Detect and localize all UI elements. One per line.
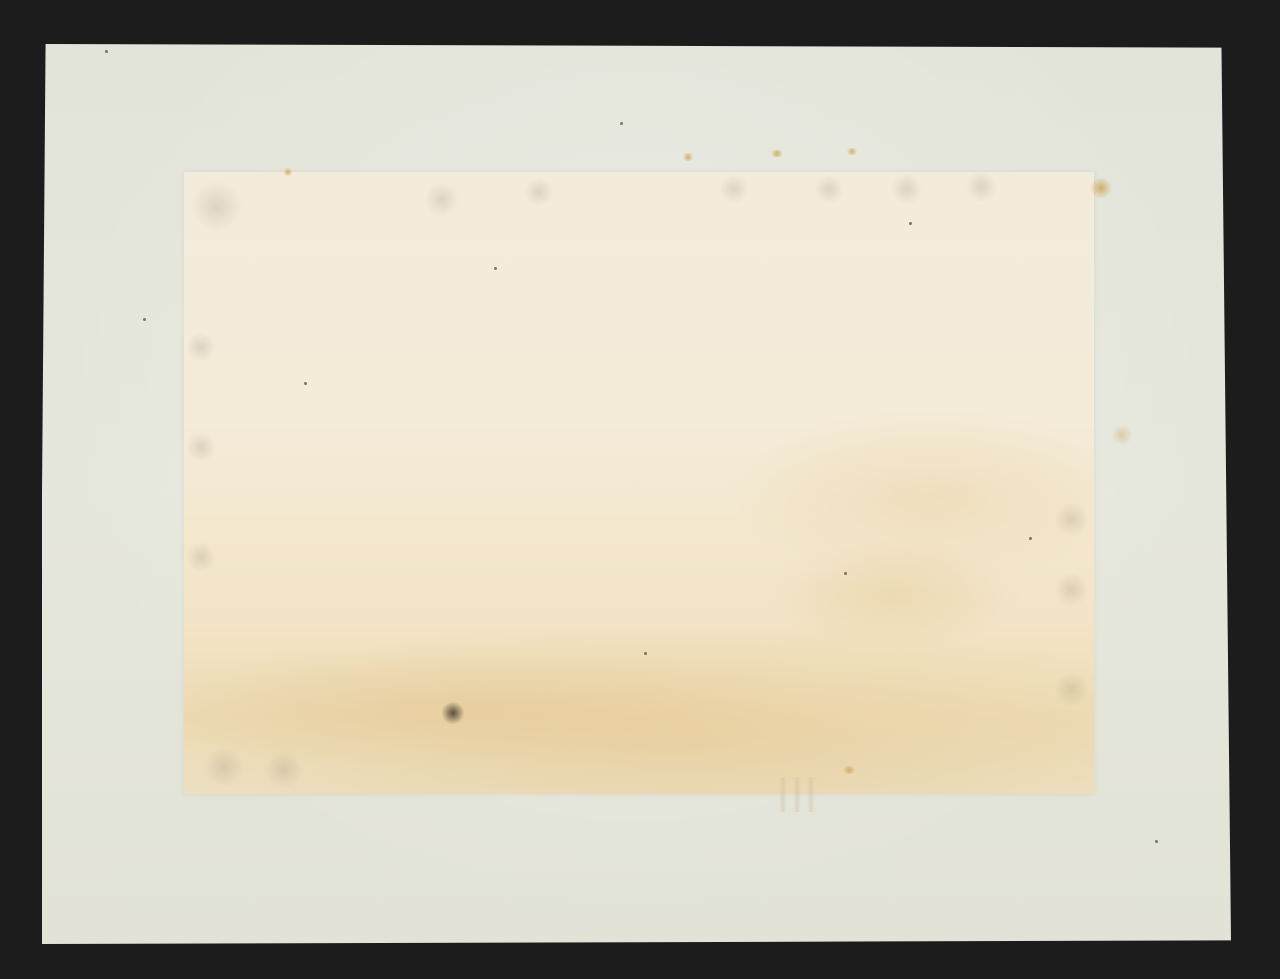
foxing-spot (1090, 178, 1112, 198)
adhesive-stain (186, 542, 216, 572)
speck (494, 267, 497, 270)
speck (304, 382, 307, 385)
speck (644, 652, 647, 655)
speck (844, 572, 847, 575)
adhesive-stain (719, 174, 749, 204)
adhesive-stain (889, 174, 924, 204)
adhesive-stain (524, 177, 554, 207)
adhesive-stain (1054, 572, 1089, 607)
faint-figures (779, 777, 829, 812)
dark-smudge (439, 702, 467, 724)
adhesive-stain (186, 332, 216, 362)
adhesive-stain (814, 174, 844, 204)
scan-background (0, 0, 1280, 979)
speck (1029, 537, 1032, 540)
adhesive-stain (424, 182, 459, 217)
adhesive-stain (186, 432, 216, 462)
adhesive-stain (204, 747, 244, 787)
foxing-spot (770, 150, 784, 157)
foxing-spot (842, 766, 856, 774)
adhesive-stain (189, 182, 244, 232)
foxing-spot (846, 148, 858, 155)
foxing-spot (283, 168, 293, 176)
speck (143, 318, 146, 321)
speck (105, 50, 108, 53)
foxing-spot (1112, 425, 1132, 445)
speck (909, 222, 912, 225)
speck (1155, 840, 1158, 843)
foxing-spot (682, 153, 694, 161)
adhesive-stain (964, 172, 999, 202)
adhesive-stain (1054, 502, 1089, 537)
adhesive-stain (1054, 672, 1089, 707)
faded-photographic-print (184, 172, 1094, 794)
adhesive-stain (264, 752, 304, 787)
speck (620, 122, 623, 125)
